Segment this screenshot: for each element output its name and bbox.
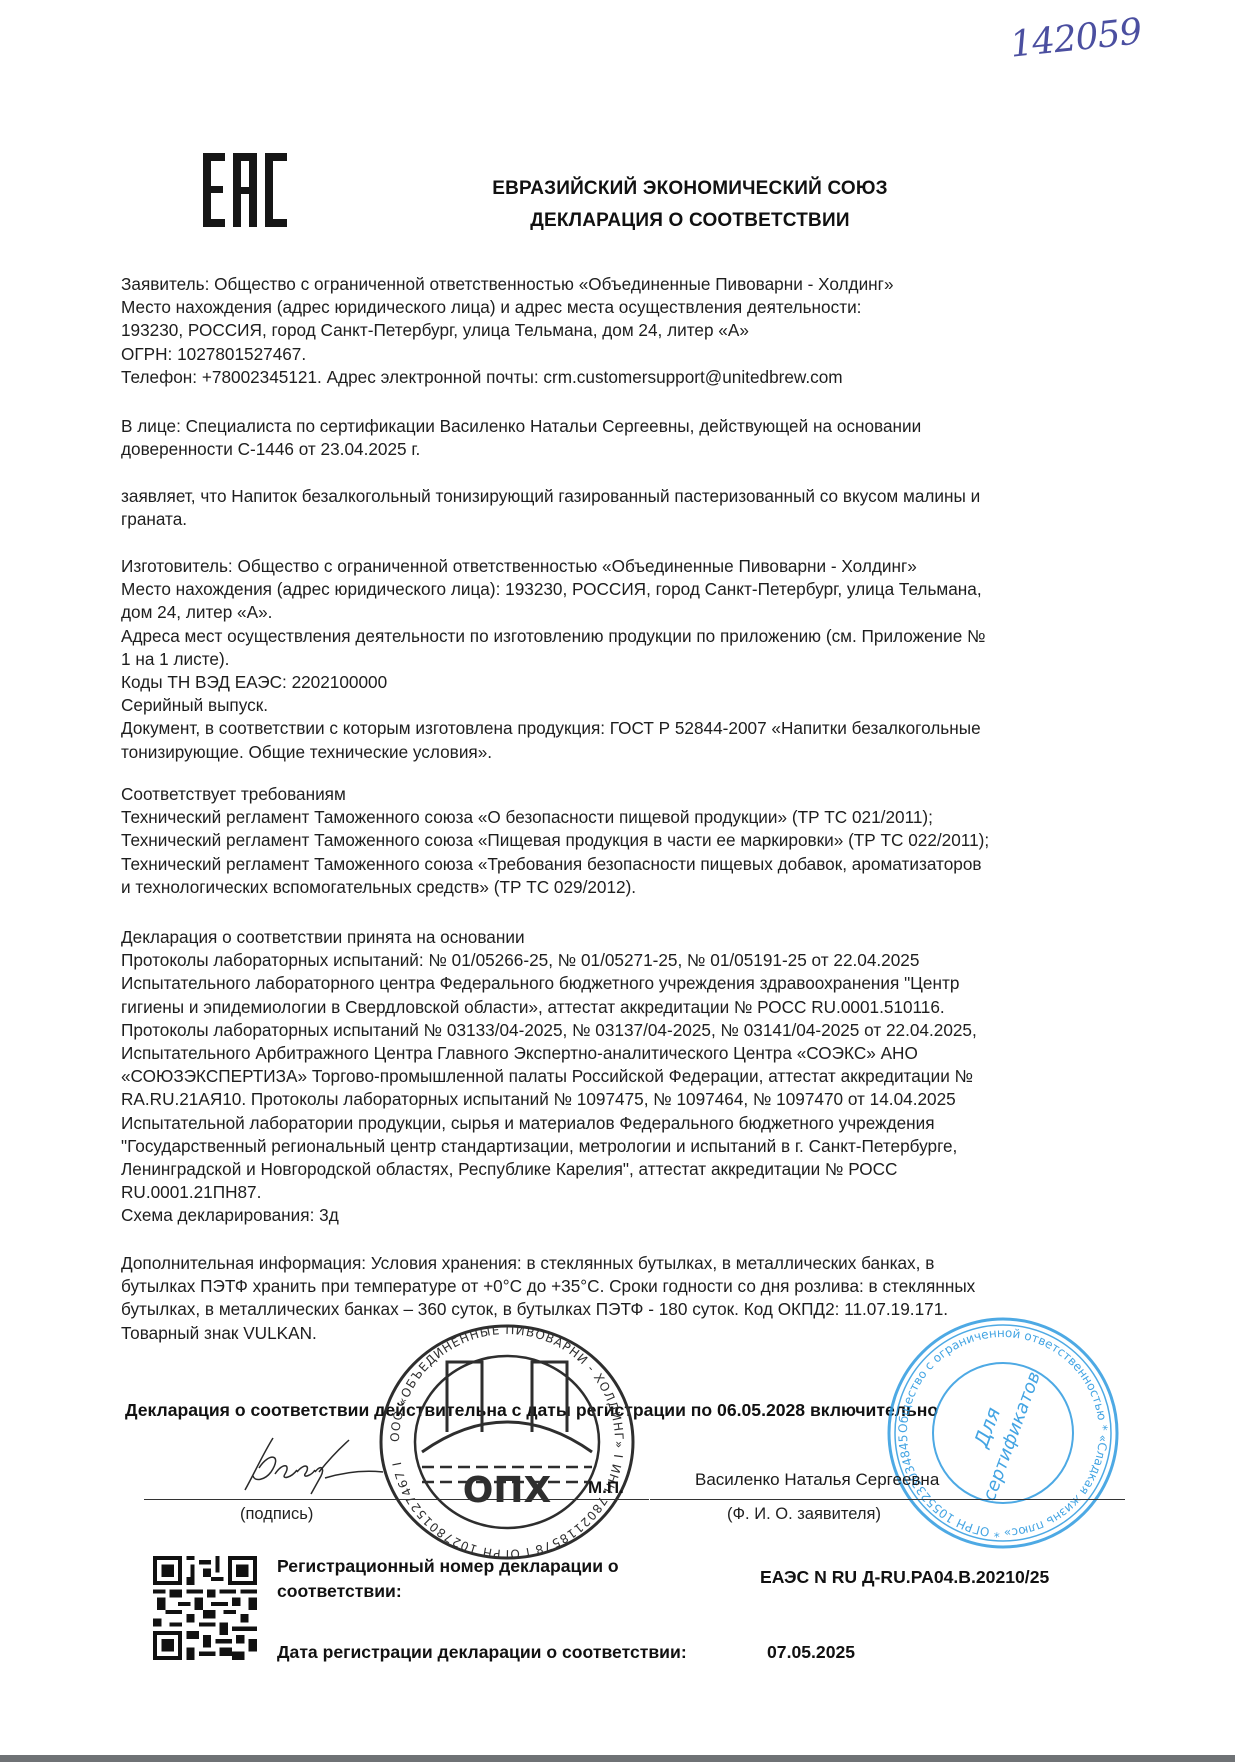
applicant-line: Место нахождения (адрес юридического лиц…: [121, 296, 1131, 319]
applicant-line: Телефон: +78002345121. Адрес электронной…: [121, 366, 1131, 389]
certification-stamp: Общество с ограниченной ответственностью…: [883, 1313, 1123, 1553]
basis-line: «СОЮЗЭКСПЕРТИЗА» Торгово-промышленной па…: [121, 1065, 1131, 1088]
basis-line: Протоколы лабораторных испытаний: № 01/0…: [121, 949, 1131, 972]
company-seal-stamp: ООО «ОБЪЕДИНЕННЫЕ ПИВОВАРНИ - ХОЛДИНГ» I…: [372, 1322, 642, 1562]
basis-section: Декларация о соответствии принята на осн…: [121, 926, 1131, 1228]
registration-date: 07.05.2025: [767, 1642, 855, 1663]
basis-line: Протоколы лабораторных испытаний № 03133…: [121, 1019, 1131, 1042]
additional-line: Дополнительная информация: Условия хране…: [121, 1252, 1131, 1275]
signature-scribble: [225, 1432, 385, 1502]
declaration-title: ДЕКЛАРАЦИЯ О СООТВЕТСТВИИ: [330, 210, 1050, 232]
representative-line: доверенности С-1446 от 23.04.2025 г.: [121, 438, 1131, 461]
conformity-section: Соответствует требованиям Технический ре…: [121, 783, 1131, 899]
representative-line: В лице: Специалиста по сертификации Васи…: [121, 415, 1131, 438]
qr-code-icon: [153, 1556, 257, 1660]
conformity-line: Технический регламент Таможенного союза …: [121, 853, 1131, 876]
signature-line: [144, 1499, 649, 1500]
eac-logo-icon: [203, 153, 287, 227]
manufacturer-line: Серийный выпуск.: [121, 694, 1131, 717]
name-caption: (Ф. И. О. заявителя): [727, 1505, 881, 1524]
applicant-line: ОГРН: 1027801527467.: [121, 343, 1131, 366]
basis-line: Декларация о соответствии принята на осн…: [121, 926, 1131, 949]
stamp-place-label: М.П.: [588, 1478, 624, 1498]
registration-label-line: Регистрационный номер декларации о: [277, 1554, 619, 1579]
manufacturer-line: тонизирующие. Общие технические условия»…: [121, 741, 1131, 764]
union-title: ЕВРАЗИЙСКИЙ ЭКОНОМИЧЕСКИЙ СОЮЗ: [330, 178, 1050, 200]
manufacturer-line: Адреса мест осуществления деятельности п…: [121, 625, 1131, 648]
basis-line: гигиены и эпидемиологии в Свердловской о…: [121, 996, 1131, 1019]
basis-line: RU.0001.21ПН87.: [121, 1181, 1131, 1204]
basis-line: Схема декларирования: 3д: [121, 1204, 1131, 1227]
basis-line: Испытательной лаборатории продукции, сыр…: [121, 1112, 1131, 1135]
basis-line: Ленинградской и Новгородской областях, Р…: [121, 1158, 1131, 1181]
registration-date-label: Дата регистрации декларации о соответств…: [277, 1642, 687, 1663]
applicant-section: Заявитель: Общество с ограниченной ответ…: [121, 273, 1131, 389]
applicant-line: 193230, РОССИЯ, город Санкт-Петербург, у…: [121, 319, 1131, 342]
manufacturer-line: 1 на 1 листе).: [121, 648, 1131, 671]
registration-label-line: соответствии:: [277, 1579, 619, 1604]
conformity-line: и технологических вспомогательных средст…: [121, 876, 1131, 899]
registration-number-label: Регистрационный номер декларации о соотв…: [277, 1554, 619, 1604]
stamp-ring-text: ООО «ОБЪЕДИНЕННЫЕ ПИВОВАРНИ - ХОЛДИНГ» I…: [388, 1323, 626, 1561]
applicant-line: Заявитель: Общество с ограниченной ответ…: [121, 273, 1131, 296]
name-line: [650, 1499, 1125, 1500]
scan-edge-strip: [0, 1755, 1235, 1762]
conformity-line: Технический регламент Таможенного союза …: [121, 829, 1131, 852]
applicant-full-name: Василенко Наталья Сергеевна: [695, 1470, 939, 1490]
representative-section: В лице: Специалиста по сертификации Васи…: [121, 415, 1131, 461]
manufacturer-section: Изготовитель: Общество с ограниченной от…: [121, 555, 1131, 764]
manufacturer-line: Документ, в соответствии с которым изгот…: [121, 717, 1131, 740]
basis-line: RA.RU.21АЯ10. Протоколы лабораторных исп…: [121, 1088, 1131, 1111]
basis-line: Испытательного лабораторного центра Феде…: [121, 972, 1131, 995]
basis-line: Испытательного Арбитражного Центра Главн…: [121, 1042, 1131, 1065]
basis-line: "Государственный региональный центр стан…: [121, 1135, 1131, 1158]
manufacturer-line: Изготовитель: Общество с ограниченной от…: [121, 555, 1131, 578]
manufacturer-line: Коды ТН ВЭД ЕАЭС: 2202100000: [121, 671, 1131, 694]
registration-number: ЕАЭС N RU Д-RU.PA04.B.20210/25: [760, 1567, 1049, 1588]
signature-caption: (подпись): [240, 1505, 313, 1524]
additional-line: бутылках ПЭТФ хранить при температуре от…: [121, 1275, 1131, 1298]
claim-section: заявляет, что Напиток безалкогольный тон…: [121, 485, 1131, 531]
claim-line: граната.: [121, 508, 1131, 531]
stamp-center-text: ОПХ: [463, 1470, 552, 1511]
handwritten-document-number: 142059: [1008, 11, 1143, 66]
manufacturer-line: Место нахождения (адрес юридического лиц…: [121, 578, 1131, 601]
conformity-line: Соответствует требованиям: [121, 783, 1131, 806]
conformity-line: Технический регламент Таможенного союза …: [121, 806, 1131, 829]
manufacturer-line: дом 24, литер «А».: [121, 601, 1131, 624]
claim-line: заявляет, что Напиток безалкогольный тон…: [121, 485, 1131, 508]
svg-text:ООО «ОБЪЕДИНЕННЫЕ ПИВОВАРНИ -: ООО «ОБЪЕДИНЕННЫЕ ПИВОВАРНИ - ХОЛДИНГ» I…: [388, 1323, 626, 1561]
